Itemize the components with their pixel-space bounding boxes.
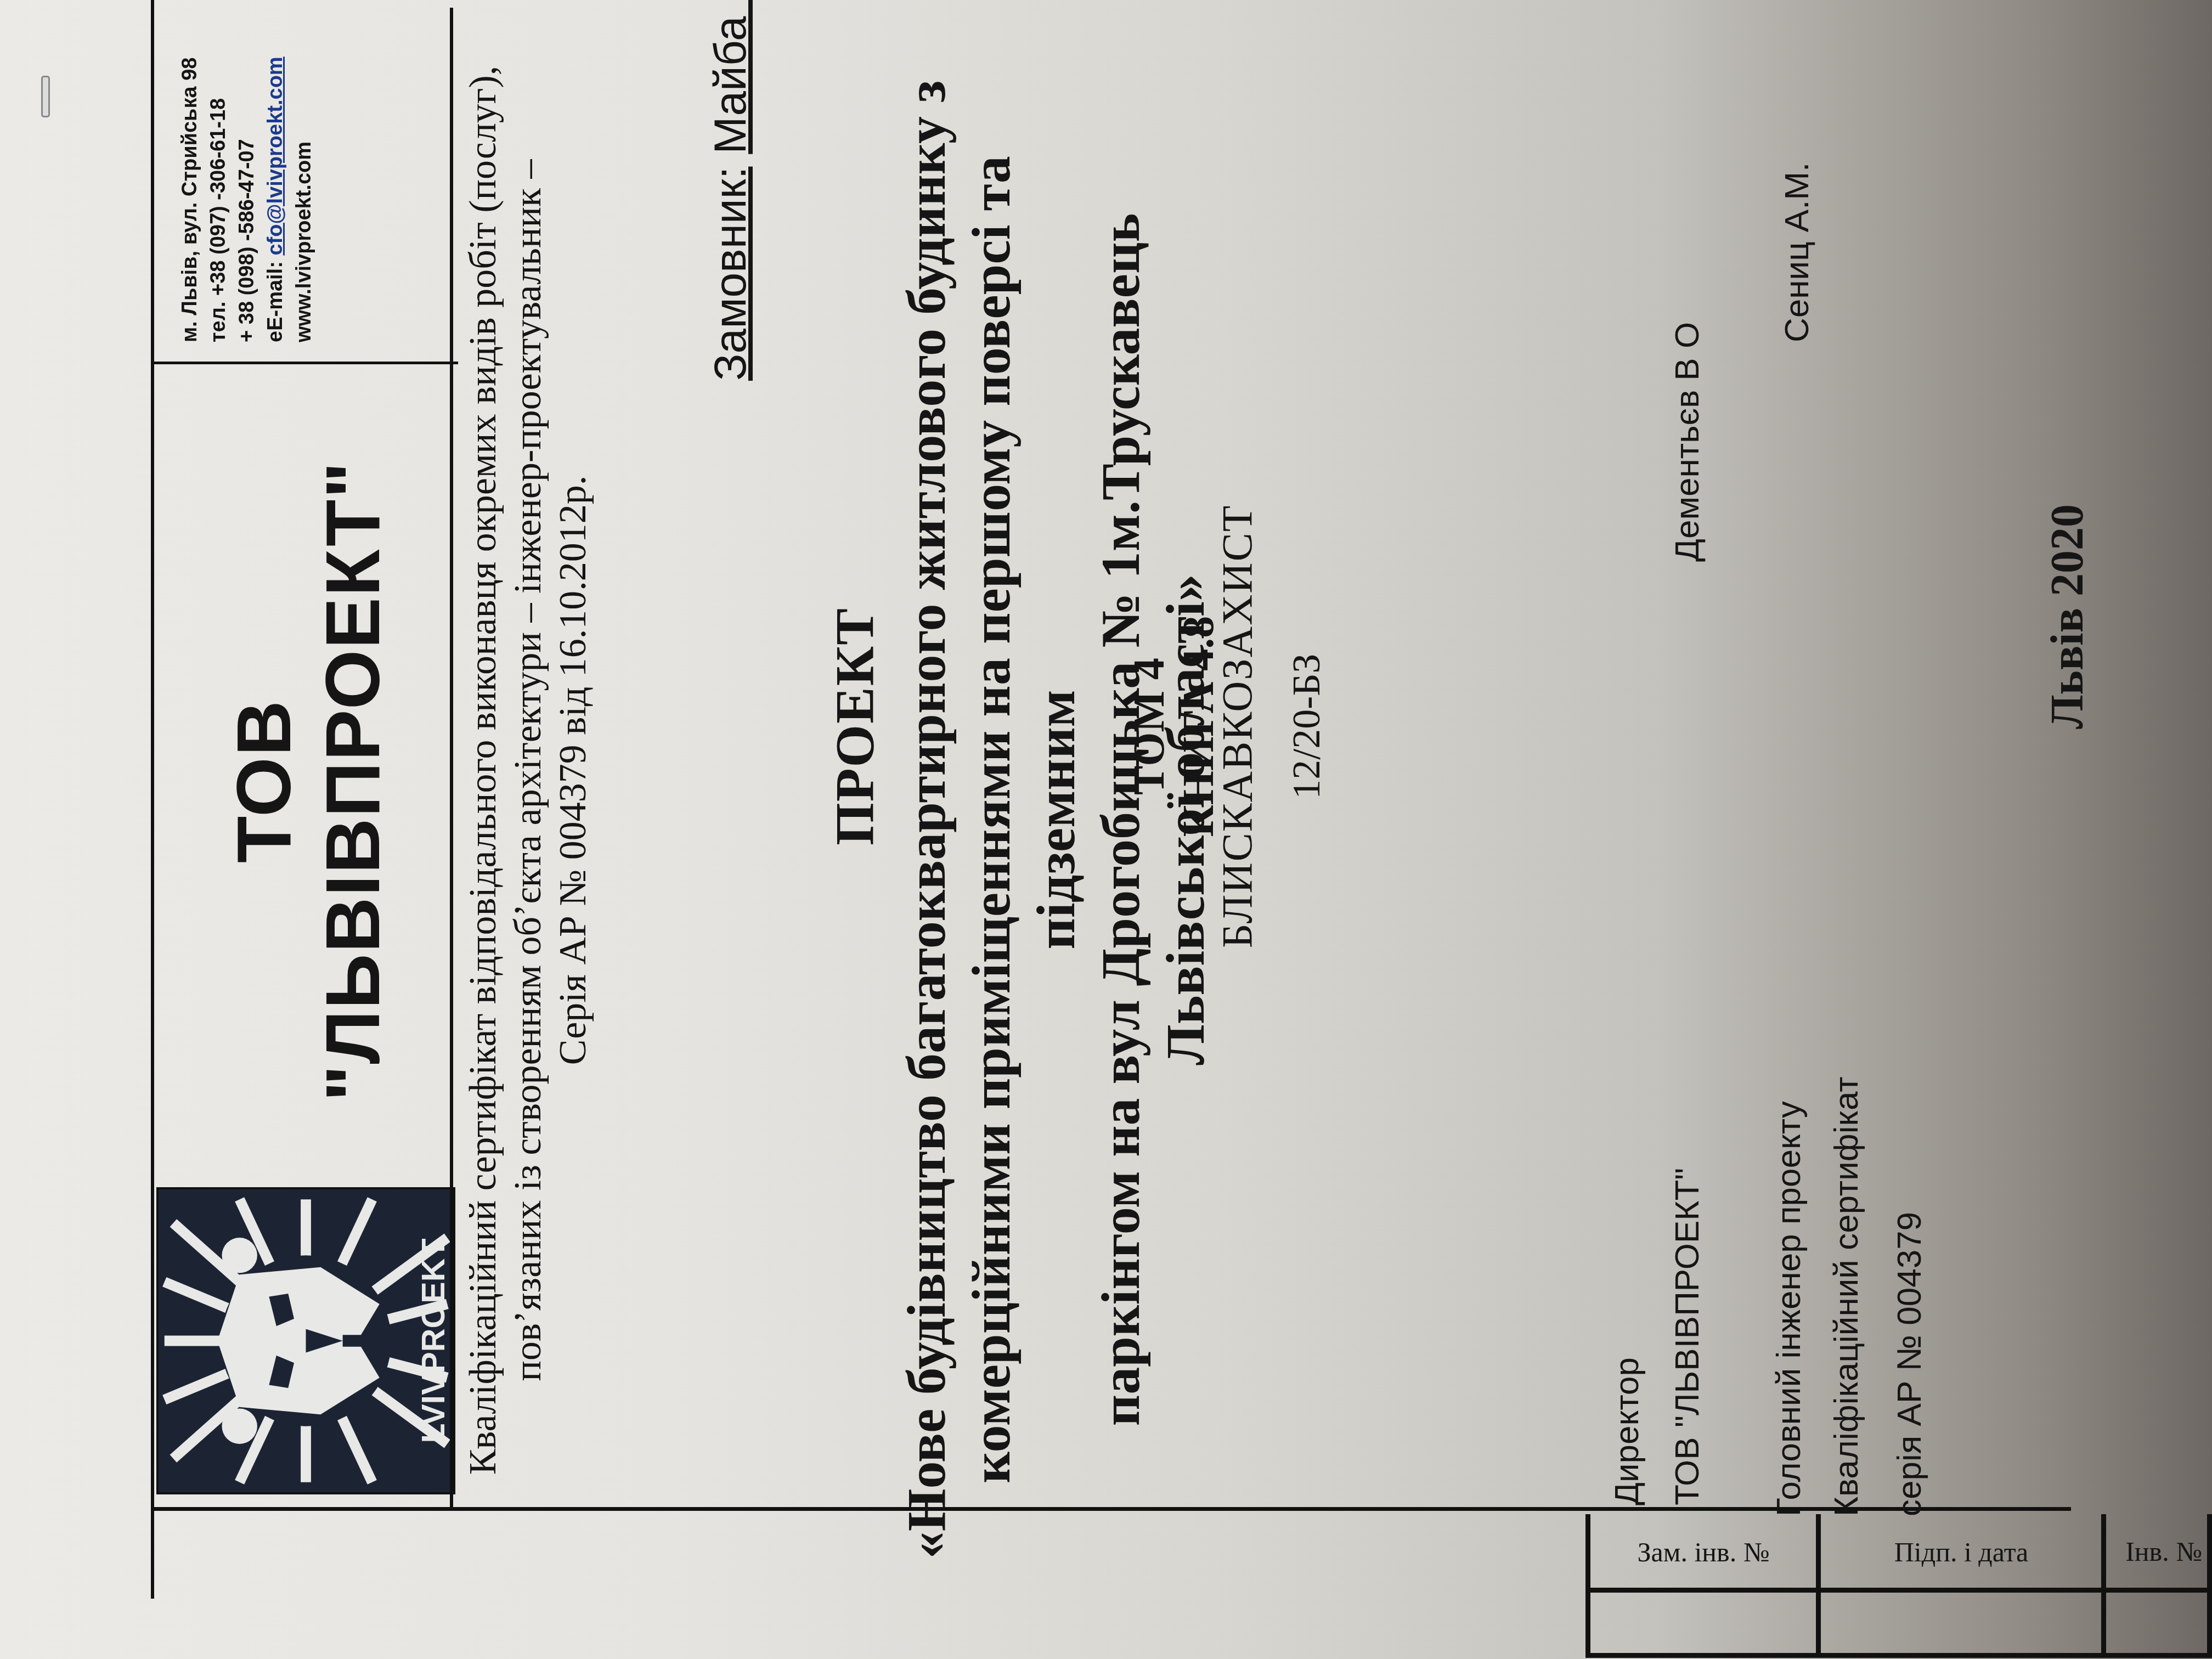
customer: Замовник: Майба П.С <box>705 0 757 381</box>
company-logo: LVIVPROEKT <box>156 1187 455 1494</box>
project-heading: ПРОЕКТ <box>823 452 886 1001</box>
volume-info: ТОМ 4 КНИГА 4.8 <box>1125 452 1223 1001</box>
header-divider <box>151 362 458 364</box>
chief-engineer-series: серія АР № 004379 <box>1890 1212 1929 1516</box>
customer-label: Замовник: <box>706 167 755 381</box>
director-role: Директор <box>1607 1357 1646 1505</box>
svg-text:LVIVPROEKT: LVIVPROEKT <box>415 1238 452 1443</box>
address: м. Львів, вул. Стрийська 98 <box>176 0 204 342</box>
volume-number: ТОМ 4 <box>1125 452 1174 1001</box>
project-title-line-2: комерційними приміщеннями на першому пов… <box>959 79 1088 1560</box>
website: www.lvivproekt.com <box>290 0 318 342</box>
email-link[interactable]: cfo@lvivproekt.com <box>264 57 287 255</box>
stamp-label-replacement-inv: Зам. інв. № <box>1637 1536 1769 1567</box>
stamp-label-signature-date: Підп. і дата <box>1894 1536 2028 1568</box>
director-company: ТОВ "ЛЬВІВПРОЕКТ" <box>1668 1168 1707 1505</box>
customer-name: Майба П.С <box>706 0 755 154</box>
contact-block: м. Львів, вул. Стрийська 98 тел. +38 (09… <box>176 0 318 342</box>
email-row: eE-mail: cfo@lvivproekt.com <box>261 0 290 342</box>
phone-1: тел. +38 (097) -306-61-18 <box>204 0 233 342</box>
chief-engineer-cert: Кваліфікаційний сертифікат <box>1827 1076 1866 1516</box>
section-name: БЛИСКАВКОЗАХИСТ <box>1212 342 1262 1110</box>
stamp-label-inventory: Інв. № <box>2125 1536 2202 1567</box>
city-year: Львів 2020 <box>2041 342 2094 891</box>
certificate-line-2: пов’язаних із створенням об’єкта архітек… <box>506 57 551 1483</box>
binder-clip-mark <box>41 76 50 117</box>
header-bottom-rule <box>450 8 453 1511</box>
chief-engineer-name: Сениц А.М. <box>1778 162 1816 342</box>
chief-engineer-role: Головний інженер проекту <box>1769 1101 1808 1516</box>
stamp-cell-signature: Підп. і дата <box>1821 1514 2106 1653</box>
email-label: eE-mail: <box>264 256 287 342</box>
certificate-line-1: Кваліфікаційний сертифікат відповідально… <box>461 57 506 1483</box>
lion-logo-icon: LVIVPROEKT <box>159 1189 453 1492</box>
company-name: ТОВ "ЛЬВІВПРОЕКТ" <box>219 397 397 1165</box>
project-title-line-1: «Нове будівництво багатоквартирного житл… <box>894 79 959 1560</box>
stamp-cell-replacement: Зам. інв. № <box>1590 1514 1821 1653</box>
phone-2: + 38 (098) -586-47-07 <box>233 0 261 342</box>
header-block: LVIVPROEKT ТОВ "ЛЬВІВПРОЕКТ" м. Львів, в… <box>154 13 450 1505</box>
stamp-cell-inventory: Інв. № <box>2106 1514 2212 1653</box>
document-code: 12/20-БЗ <box>1284 562 1329 891</box>
certificate-line-3: Серія АР № 004379 від 16.10.2012р. <box>551 57 596 1483</box>
document-page: LVIVPROEKT ТОВ "ЛЬВІВПРОЕКТ" м. Львів, в… <box>0 0 2212 1659</box>
certificate-text: Кваліфікаційний сертифікат відповідально… <box>461 57 596 1483</box>
director-name: Дементьєв В О <box>1668 322 1707 562</box>
stamp-table: Зам. інв. № Підп. і дата Інв. № <box>1585 1514 2212 1658</box>
